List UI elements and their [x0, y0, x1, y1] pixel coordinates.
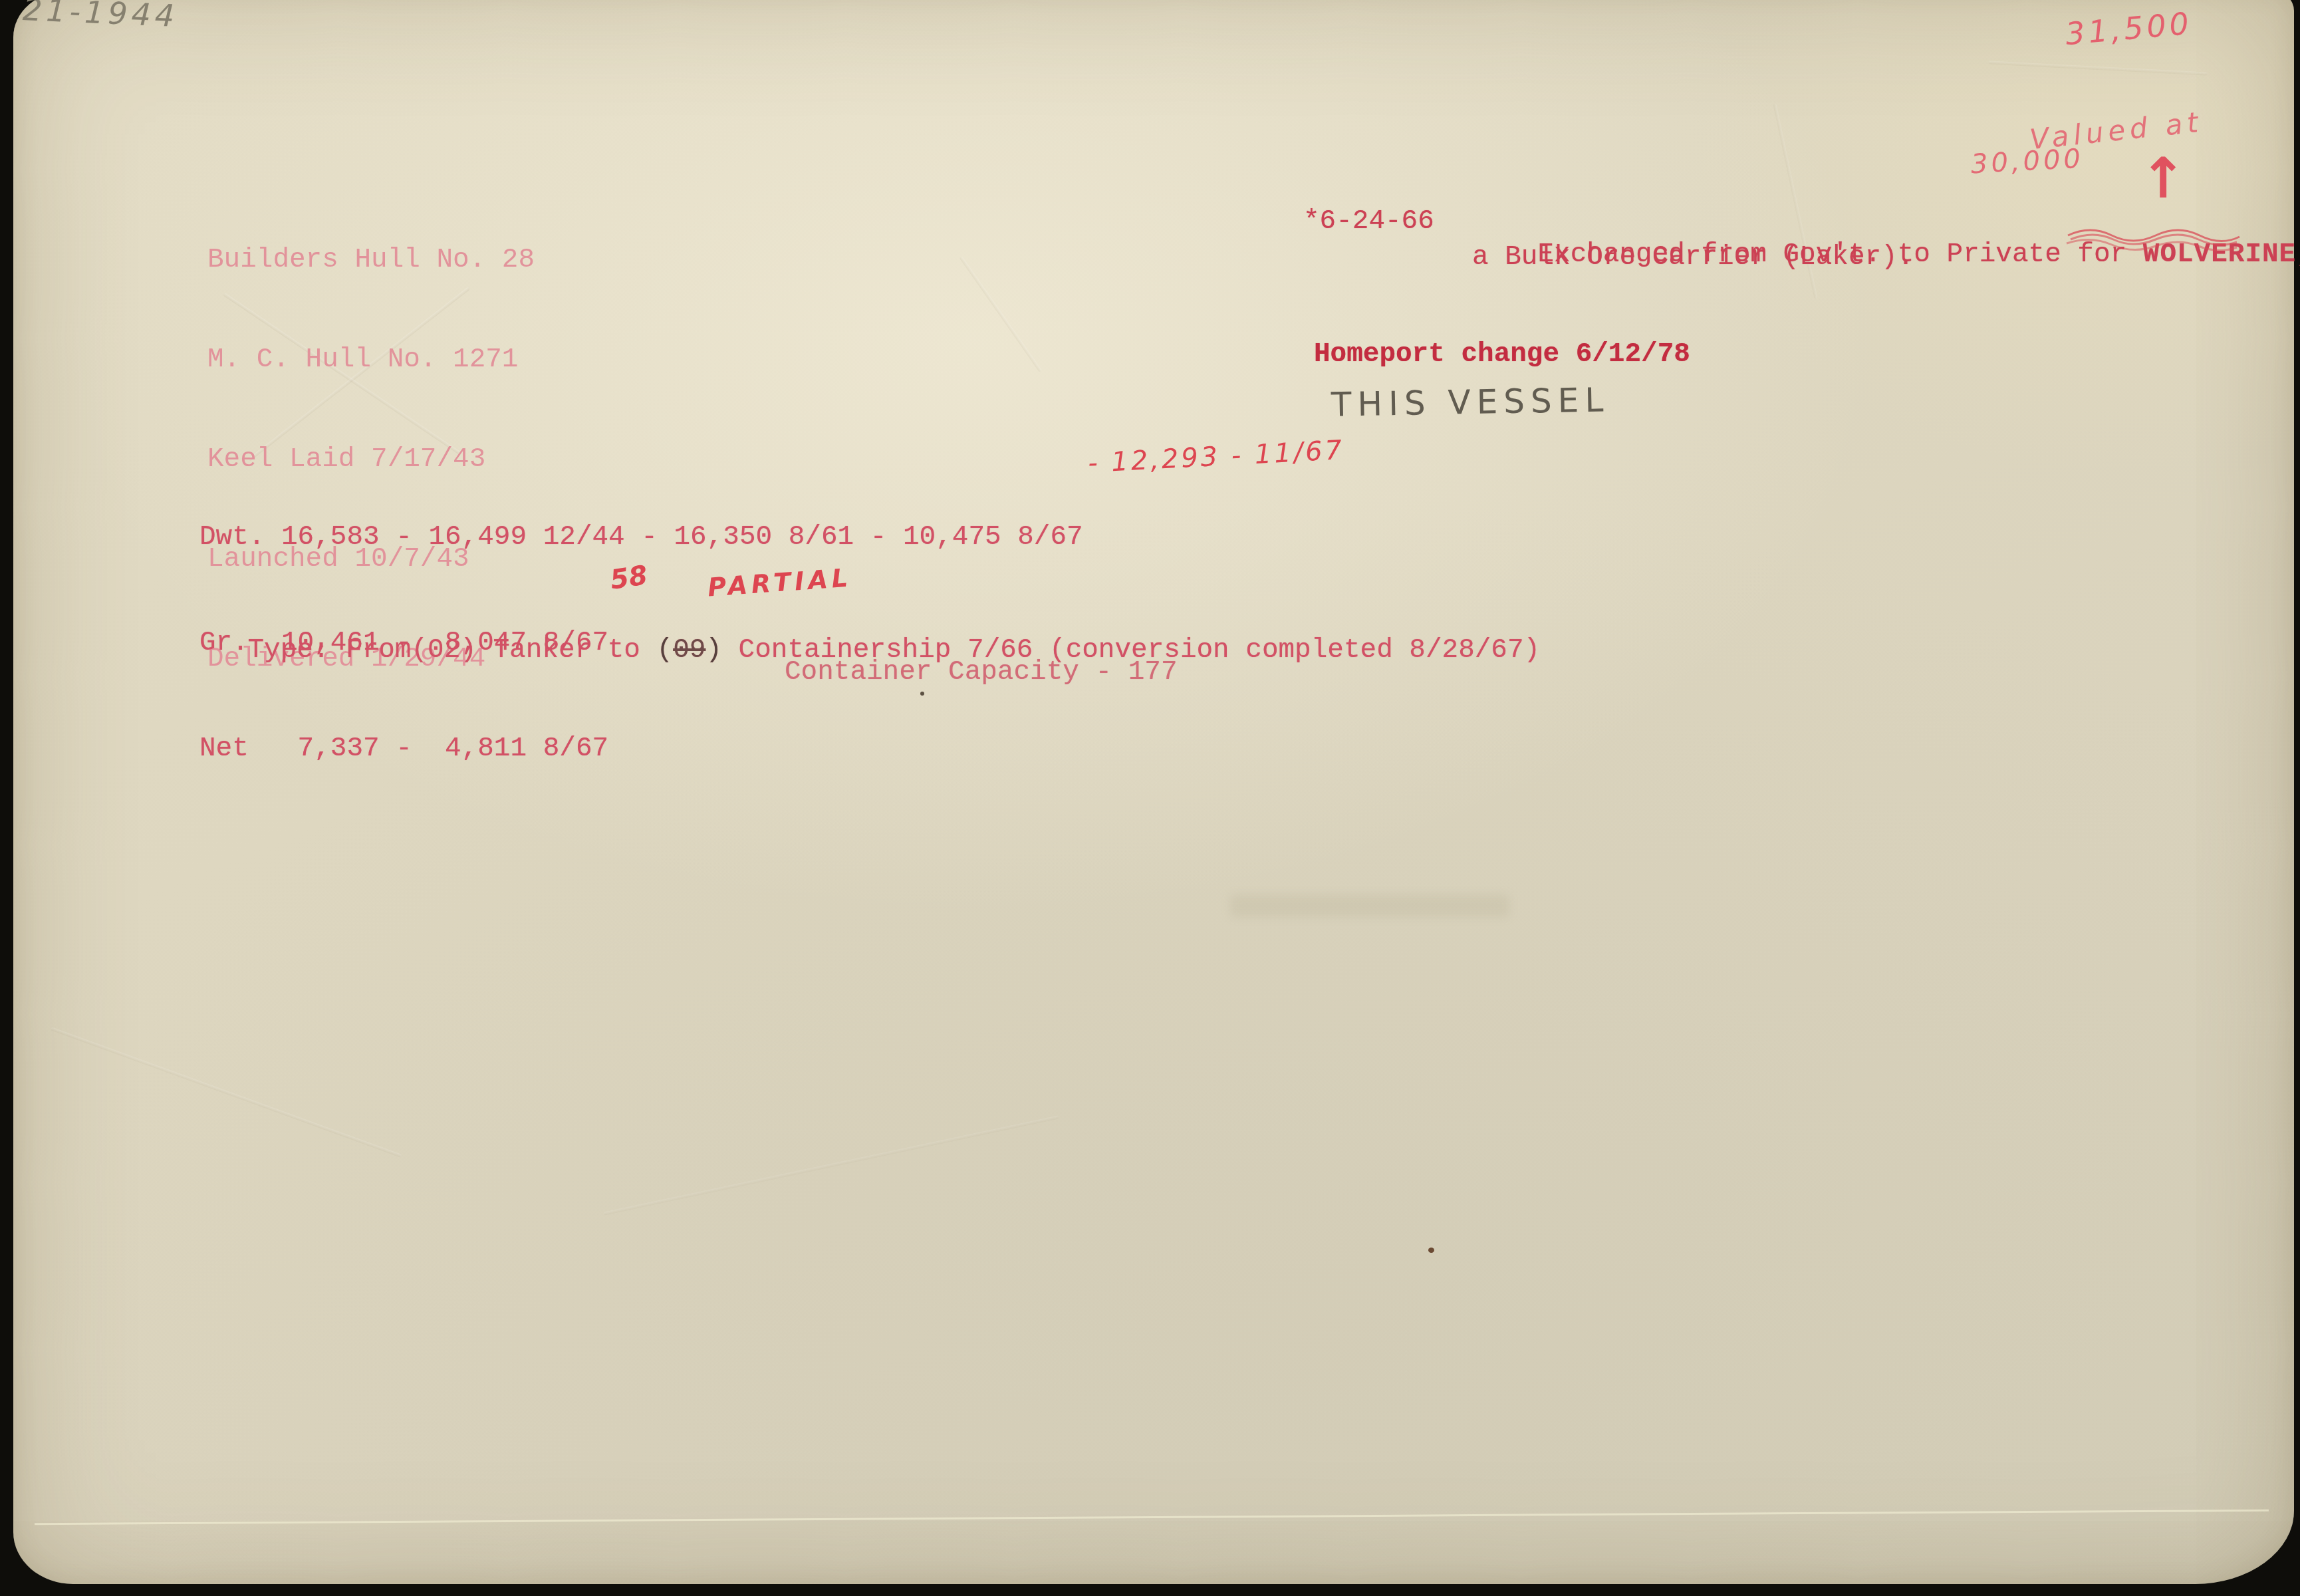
type-line-before: Type: From(02) Tanker to — [247, 635, 656, 666]
pencil-this-vessel: THIS VESSEL — [1331, 380, 1610, 424]
tonnage-dwt-line: Dwt. 16,583 - 16,499 12/44 - 16,350 8/61… — [199, 520, 1083, 555]
paper-speck — [1428, 1248, 1434, 1253]
type-open-paren: ( — [657, 635, 674, 666]
homeport-change-line: Homeport change 6/12/78 — [1314, 338, 1690, 371]
container-capacity-line: Container Capacity - 177 — [785, 656, 1178, 689]
exchange-line2: a Bulk Ore Carrier (Laker). — [1472, 241, 1914, 274]
bleed-through-ghost — [1230, 894, 1509, 917]
build-record-line: M. C. Hull No. 1271 — [207, 343, 535, 376]
handwritten-type-code: 58 — [608, 560, 650, 595]
scan-stage: 21-1944 31,500 Valued at 30,000 ↑ Builde… — [0, 0, 2300, 1596]
exchange-date: *6-24-66 — [1303, 205, 1434, 238]
up-arrow-annotation: ↑ — [2140, 150, 2186, 206]
build-record-line: Builders Hull No. 28 — [207, 243, 535, 277]
exchange-comma: , — [2296, 239, 2300, 270]
type-struck-code: 09 — [673, 635, 705, 666]
tonnage-net-line: Net 7,337 - 4,811 8/67 — [199, 731, 1083, 767]
wolverine-underline-scribble — [2064, 226, 2243, 253]
type-close-paren: ) — [705, 635, 722, 666]
handwritten-valued-amount: 30,000 — [1970, 144, 2085, 180]
